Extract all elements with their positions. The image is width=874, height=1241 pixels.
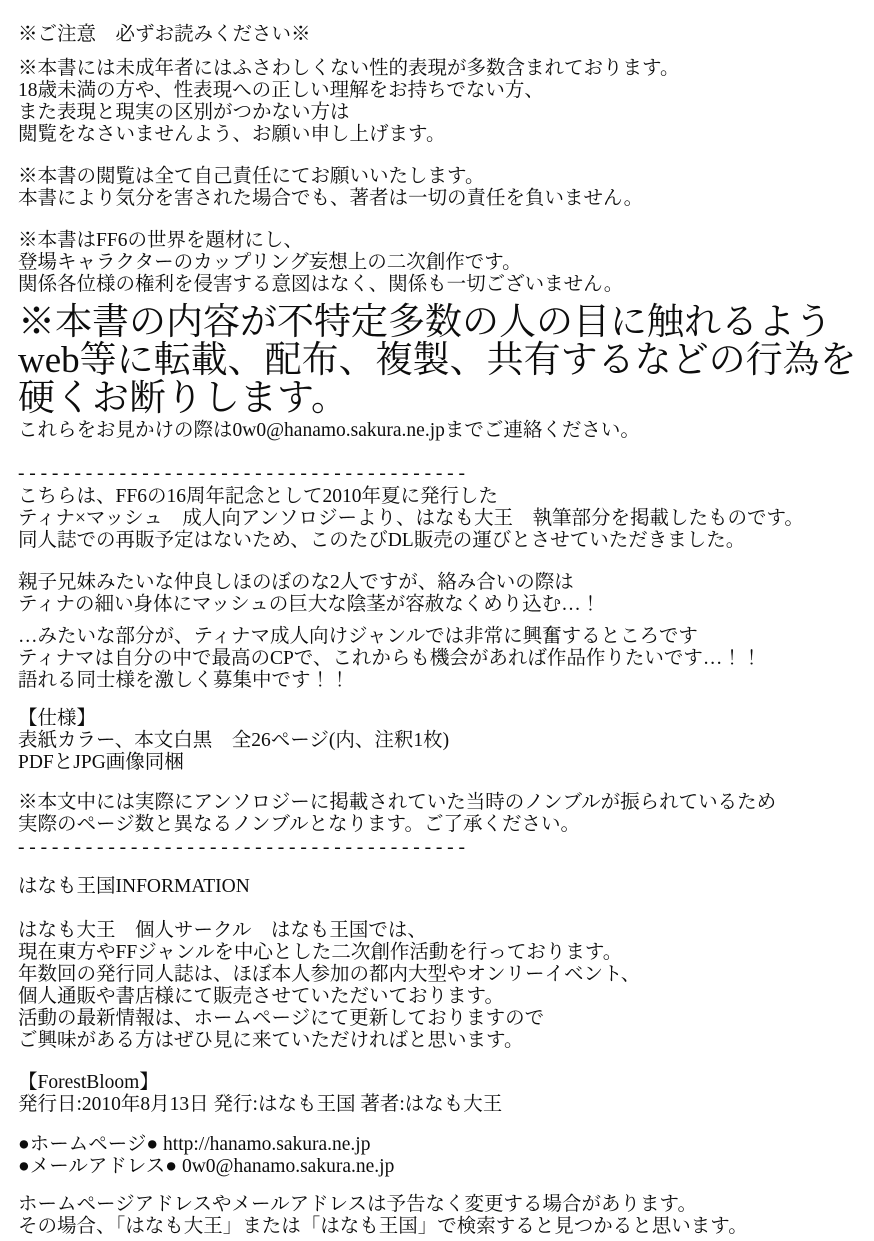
publication-data-line: 発行日:2010年8月13日 発行:はなも王国 著者:はなも大王 <box>18 1094 856 1116</box>
publication-note-section: こちらは、FF6の16周年記念として2010年夏に発行した ティナ×マッシュ 成… <box>18 486 856 552</box>
text-line: …みたいな部分が、ティナマ成人向けジャンルでは非常に興奮するところです <box>18 626 856 648</box>
text-line: はなも大王 個人サークル はなも王国では、 <box>18 920 856 942</box>
text-line: 年数回の発行同人誌は、ほぼ本人参加の都内大型やオンリーイベント、 <box>18 964 856 986</box>
circle-info-section: はなも大王 個人サークル はなも王国では、 現在東方やFFジャンルを中心とした二… <box>18 920 856 1052</box>
email-address-line: ●メールアドレス● 0w0@hanamo.sakura.ne.jp <box>18 1156 856 1178</box>
specs-section: 【仕様】 表紙カラー、本文白黒 全26ページ(内、注釈1枚) PDFとJPG画像… <box>18 708 856 774</box>
self-responsibility-section: ※本書の閲覧は全て自己責任にてお願いいたします。 本書により気分を害された場合で… <box>18 166 856 210</box>
text-line: また表現と現実の区別がつかない方は <box>18 102 856 124</box>
notice-title: ※ご注意 必ずお読みください※ <box>18 24 856 46</box>
text-line: ※本書には未成年者にはふさわしくない性的表現が多数含まれております。 <box>18 58 856 80</box>
text-line: 語れる同士様を激しく募集中です！！ <box>18 670 856 692</box>
address-change-note-section: ホームページアドレスやメールアドレスは予告なく変更する場合があります。 その場合… <box>18 1194 856 1238</box>
pairing-comment-section-2: …みたいな部分が、ティナマ成人向けジャンルでは非常に興奮するところです ティナマ… <box>18 626 856 692</box>
text-line: ティナの細い身体にマッシュの巨大な陰茎が容赦なくめり込む…！ <box>18 594 856 616</box>
text-line: 閲覧をなさいませんよう、お願い申し上げます。 <box>18 124 856 146</box>
text-line: 同人誌での再販予定はないため、このたびDL販売の運びとさせていただきました。 <box>18 530 856 552</box>
specs-heading: 【仕様】 <box>18 708 856 730</box>
text-line: 個人通販や書店様にて販売させていただいております。 <box>18 986 856 1008</box>
dashed-divider: ---------------------------------------- <box>18 840 856 860</box>
book-info-section: 【ForestBloom】 発行日:2010年8月13日 発行:はなも王国 著者… <box>18 1072 856 1116</box>
text-line: ティナ×マッシュ 成人向アンソロジーより、はなも大王 執筆部分を掲載したものです… <box>18 508 856 530</box>
text-line: 活動の最新情報は、ホームページにて更新しておりますので <box>18 1008 856 1030</box>
text-line: その場合、「はなも大王」または「はなも王国」で検索すると見つかると思います。 <box>18 1216 856 1238</box>
text-line: 現在東方やFFジャンルを中心とした二次創作活動を行っております。 <box>18 942 856 964</box>
text-line: ※本書の内容が不特定多数の人の目に触れるよう <box>18 304 856 342</box>
dashed-divider: ---------------------------------------- <box>18 466 856 486</box>
derivative-work-section: ※本書はFF6の世界を題材にし、 登場キャラクターのカップリング妄想上の二次創作… <box>18 230 856 296</box>
text-line: こちらは、FF6の16周年記念として2010年夏に発行した <box>18 486 856 508</box>
notice-title-section: ※ご注意 必ずお読みください※ <box>18 24 856 46</box>
text-line: web等に転載、配布、複製、共有するなどの行為を <box>18 342 856 380</box>
redistribution-warning-section: ※本書の内容が不特定多数の人の目に触れるよう web等に転載、配布、複製、共有す… <box>18 304 856 418</box>
text-line: PDFとJPG画像同梱 <box>18 752 856 774</box>
report-contact-line: これらをお見かけの際は0w0@hanamo.sakura.ne.jpまでご連絡く… <box>18 420 856 442</box>
text-line: 18歳未満の方や、性表現への正しい理解をお持ちでない方、 <box>18 80 856 102</box>
text-line: ※本文中には実際にアンソロジーに掲載されていた当時のノンブルが振られているため <box>18 792 856 814</box>
links-section: ●ホームページ● http://hanamo.sakura.ne.jp ●メール… <box>18 1134 856 1178</box>
book-title-line: 【ForestBloom】 <box>18 1072 856 1094</box>
text-line: 関係各位様の権利を侵害する意図はなく、関係も一切ございません。 <box>18 274 856 296</box>
report-contact-section: これらをお見かけの際は0w0@hanamo.sakura.ne.jpまでご連絡く… <box>18 420 856 442</box>
text-line: 硬くお断りします。 <box>18 380 856 418</box>
pairing-comment-section-1: 親子兄妹みたいな仲良しほのぼのな2人ですが、絡み合いの際は ティナの細い身体にマ… <box>18 572 856 616</box>
info-title: はなも王国INFORMATION <box>18 876 856 898</box>
text-line: 登場キャラクターのカップリング妄想上の二次創作です。 <box>18 252 856 274</box>
info-title-section: はなも王国INFORMATION <box>18 876 856 898</box>
text-line: 本書により気分を害された場合でも、著者は一切の責任を負いません。 <box>18 188 856 210</box>
homepage-url-line: ●ホームページ● http://hanamo.sakura.ne.jp <box>18 1134 856 1156</box>
text-line: ※本書はFF6の世界を題材にし、 <box>18 230 856 252</box>
document-page: ※ご注意 必ずお読みください※ ※本書には未成年者にはふさわしくない性的表現が多… <box>0 0 874 1241</box>
age-warning-section: ※本書には未成年者にはふさわしくない性的表現が多数含まれております。 18歳未満… <box>18 58 856 146</box>
text-line: ご興味がある方はぜひ見に来ていただければと思います。 <box>18 1030 856 1052</box>
text-line: ※本書の閲覧は全て自己責任にてお願いいたします。 <box>18 166 856 188</box>
text-line: 親子兄妹みたいな仲良しほのぼのな2人ですが、絡み合いの際は <box>18 572 856 594</box>
nombre-note-section: ※本文中には実際にアンソロジーに掲載されていた当時のノンブルが振られているため … <box>18 792 856 836</box>
text-line: ティナマは自分の中で最高のCPで、これからも機会があれば作品作りたいです…！！ <box>18 648 856 670</box>
text-line: 表紙カラー、本文白黒 全26ページ(内、注釈1枚) <box>18 730 856 752</box>
text-line: ホームページアドレスやメールアドレスは予告なく変更する場合があります。 <box>18 1194 856 1216</box>
text-line: 実際のページ数と異なるノンブルとなります。ご了承ください。 <box>18 814 856 836</box>
